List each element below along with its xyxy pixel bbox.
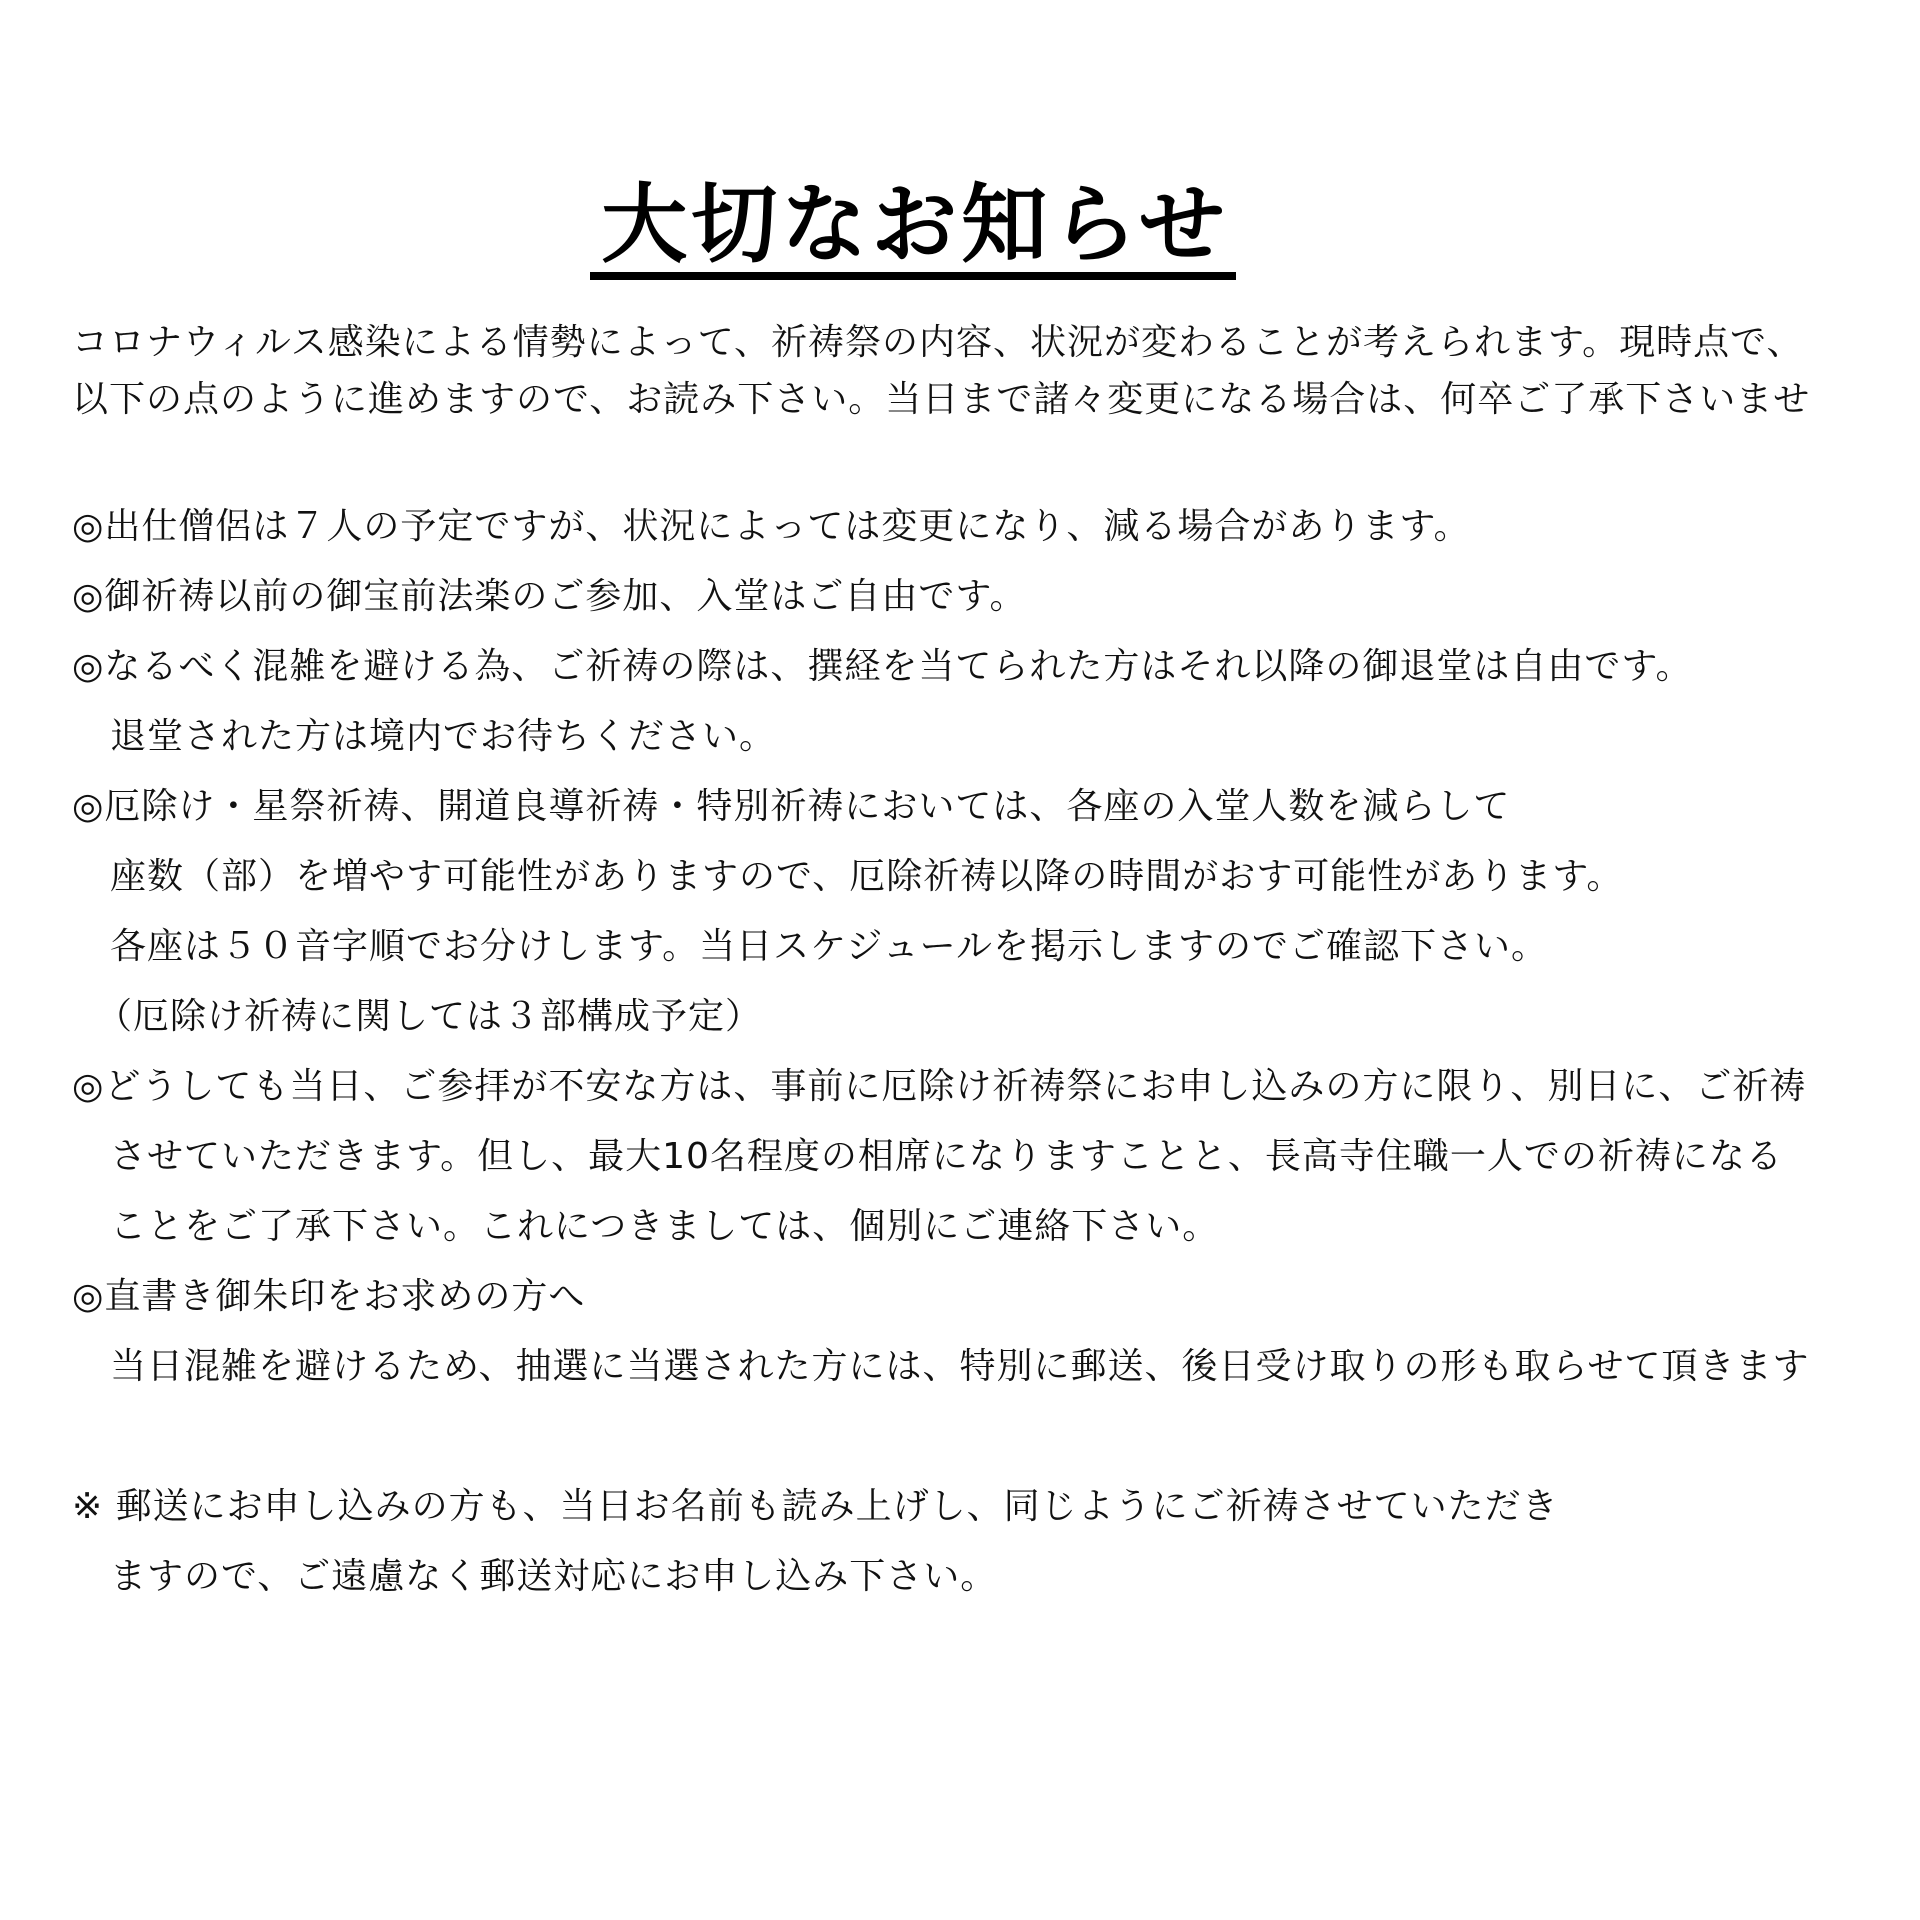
intro-line: 以下の点のように進めますので、お読み下さい。当日まで諸々変更になる場合は、何卒ご… [72,375,1810,425]
note-line: ※ 郵送にお申し込みの方も、当日お名前も読み上げし、同じようにご祈祷させていただ… [72,1482,1559,1532]
notice-item-continuation: ことをご了承下さい。これにつきましては、個別にご連絡下さい。 [110,1202,1219,1252]
page-title: 大切なお知らせ [590,175,1240,275]
title-underline [590,272,1236,280]
notice-item: ◎出仕僧侶は７人の予定ですが、状況によっては変更になり、減る場合があります。 [72,502,1471,552]
notice-item: ◎なるべく混雑を避ける為、ご祈祷の際は、撰経を当てられた方はそれ以降の御退堂は自… [72,642,1693,692]
notice-item: ◎直書き御朱印をお求めの方へ [72,1272,585,1322]
notice-item: ◎御祈祷以前の御宝前法楽のご参加、入堂はご自由です。 [72,572,1027,622]
notice-item-continuation: させていただきます。但し、最大10名程度の相席になりますことと、長高寺住職一人で… [110,1132,1783,1182]
notice-item: ◎厄除け・星祭祈祷、開道良導祈祷・特別祈祷においては、各座の入堂人数を減らして [72,782,1510,832]
notice-item: ◎どうしても当日、ご参拝が不安な方は、事前に厄除け祈祷祭にお申し込みの方に限り、… [72,1062,1806,1112]
notice-item-continuation: （厄除け祈祷に関しては３部構成予定） [96,992,762,1042]
notice-item-continuation: 各座は５０音字順でお分けします。当日スケジュールを掲示しますのでご確認下さい。 [110,922,1548,972]
note-line: ますので、ご遠慮なく郵送対応にお申し込み下さい。 [110,1552,997,1602]
intro-line: コロナウィルス感染による情勢によって、祈祷祭の内容、状況が変わることが考えられま… [72,318,1803,368]
notice-item-continuation: 座数（部）を増やす可能性がありますので、厄除祈祷以降の時間がおす可能性があります… [110,852,1623,902]
notice-item-continuation: 退堂された方は境内でお待ちください。 [110,712,776,762]
notice-item-continuation: 当日混雑を避けるため、抽選に当選された方には、特別に郵送、後日受け取りの形も取ら… [110,1342,1809,1392]
